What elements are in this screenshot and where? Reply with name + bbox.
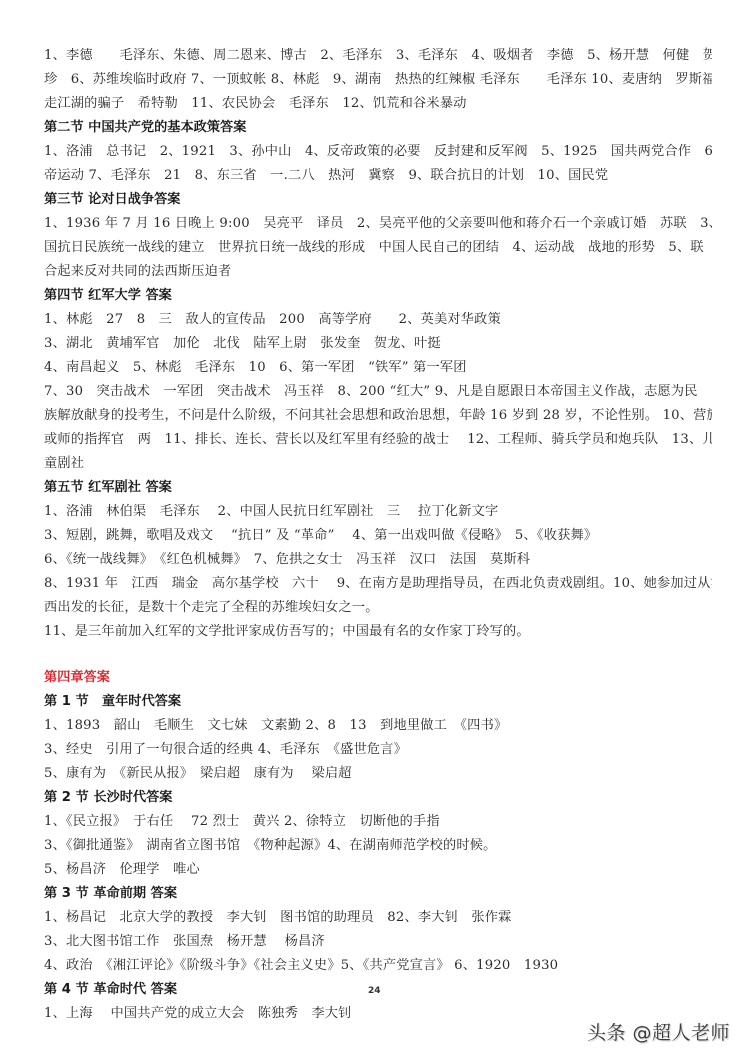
text-line: 3、北大图书馆工作 张国焘 杨开慧 杨昌济: [44, 930, 712, 954]
section-heading: 第 1 节 童年时代答案: [44, 690, 712, 714]
text-line: 童剧社: [44, 452, 712, 476]
text-line: 3、湖北 黄埔军官 加伦 北伐 陆军上尉 张发奎 贺龙、叶挺: [44, 332, 712, 356]
page-number: 24: [368, 986, 381, 996]
text-line: 8、1931 年 江西 瑞金 高尔基学校 六十 9、在南方是助理指导员，在西北负…: [44, 572, 712, 596]
text-line: 4、南昌起义 5、林彪 毛泽东 10 6、第一军团 “铁军” 第一军团: [44, 356, 712, 380]
text-line: 3、《御批通鉴》 湖南省立图书馆 《物种起源》4、在湖南师范学校的时候。: [44, 834, 712, 858]
watermark: 头条 @超人老师: [587, 1018, 730, 1045]
text-line: 或师的指挥官 两 11、排长、连长、营长以及红军里有经验的战士 12、工程师、骑…: [44, 428, 712, 452]
section-heading: 第三节 论对日战争答案: [44, 188, 712, 212]
text-line: 6、《统一战线舞》 《红色机械舞》 7、危拱之女士 冯玉祥 汉口 法国 莫斯科: [44, 548, 712, 572]
section-heading: 第 3 节 革命前期 答案: [44, 882, 712, 906]
text-line: 1、洛浦 林伯渠 毛泽东 2、中国人民抗日红军剧社 三 拉丁化新文字: [44, 500, 712, 524]
text-line: 11、是三年前加入红军的文学批评家成仿吾写的；中国最有名的女作家丁玲写的。: [44, 620, 712, 644]
section-heading: 第五节 红军剧社 答案: [44, 476, 712, 500]
text-line: 珍 6、苏维埃临时政府 7、一顶蚊帐 8、林彪 9、湖南 热热的红辣椒 毛泽东 …: [44, 68, 712, 92]
text-line: 走江湖的骗子 希特勒 11、农民协会 毛泽东 12、饥荒和谷米暴动: [44, 92, 712, 116]
text-line: 1、1893 韶山 毛顺生 文七妹 文素勤 2、8 13 到地里做工 《四书》: [44, 714, 712, 738]
text-line: 1、林彪 27 8 三 敌人的宣传品 200 高等学府 2、英美对华政策: [44, 308, 712, 332]
document-page: 1、李德 毛泽东、朱德、周二恩来、博古 2、毛泽东 3、毛泽东 4、吸烟者 李德…: [44, 44, 712, 1026]
text-line: 帝运动 7、毛泽东 21 8、东三省 一.二八 热河 冀察 9、联合抗日的计划 …: [44, 164, 712, 188]
chapter-heading: 第四章答案: [44, 666, 712, 690]
section-heading: 第 2 节 长沙时代答案: [44, 786, 712, 810]
text-line: 1、洛浦 总书记 2、1921 3、孙中山 4、反帝政策的必要 反封建和反军阀 …: [44, 140, 712, 164]
text-line: 国抗日民族统一战线的建立 世界抗日统一战线的形成 中国人民自己的团结 4、运动战…: [44, 236, 712, 260]
text-line: 西出发的长征，是数十个走完了全程的苏维埃妇女之一。: [44, 596, 712, 620]
text-line: 1、李德 毛泽东、朱德、周二恩来、博古 2、毛泽东 3、毛泽东 4、吸烟者 李德…: [44, 44, 712, 68]
text-line: 5、康有为 《新民从报》 梁启超 康有为 梁启超: [44, 762, 712, 786]
text-line: 3、经史 引用了一句很合适的经典 4、毛泽东 《盛世危言》: [44, 738, 712, 762]
text-line: 7、30 突击战术 一军团 突击战术 冯玉祥 8、200 “红大” 9、凡是自愿…: [44, 380, 712, 404]
text-line: 4、政治 《湘江评论》《阶级斗争》《社会主义史》5、《共产党宣言》 6、1920…: [44, 954, 712, 978]
text-line: 合起来反对共同的法西斯压迫者: [44, 260, 712, 284]
text-line: 3、短剧，跳舞，歌唱及戏文 “抗日” 及 “革命” 4、第一出戏叫做《侵略》 5…: [44, 524, 712, 548]
section-heading: 第二节 中国共产党的基本政策答案: [44, 116, 712, 140]
text-line: 1、1936 年 7 月 16 日晚上 9:00 吴亮平 译员 2、吴亮平他的父…: [44, 212, 712, 236]
text-line: 族解放献身的投考生，不问是什么阶级，不问其社会思想和政治思想，年龄 16 岁到 …: [44, 404, 712, 428]
section-heading: 第四节 红军大学 答案: [44, 284, 712, 308]
spacer: [44, 644, 712, 666]
text-line: 1、杨昌记 北京大学的教授 李大钊 图书馆的助理员 82、李大钊 张作霖: [44, 906, 712, 930]
text-line: 5、杨昌济 伦理学 唯心: [44, 858, 712, 882]
text-line: 1、《民立报》 于右任 72 烈士 黄兴 2、徐特立 切断他的手指: [44, 810, 712, 834]
